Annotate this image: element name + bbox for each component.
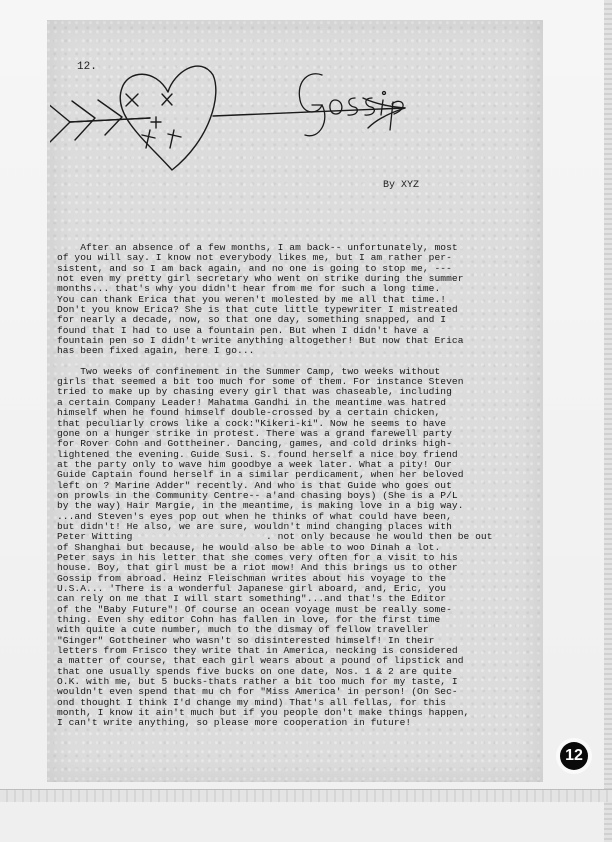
article-body: After an absence of a few months, I am b…	[57, 243, 541, 739]
paragraph-1: After an absence of a few months, I am b…	[57, 243, 541, 357]
paragraph-2: Two weeks of confinement in the Summer C…	[57, 367, 541, 729]
page-number-badge: 12	[560, 742, 588, 770]
text-line: for Rover Cohn and Gottheiner. Dancing, …	[57, 439, 541, 449]
page-bottom-edge	[0, 789, 612, 802]
text-line: I can't write anything, so please more c…	[57, 718, 541, 728]
binding-edge	[604, 0, 612, 842]
byline: By XYZ	[383, 180, 419, 191]
text-line: Guide Captain found herself in a similar…	[57, 470, 541, 480]
heart-arrow-illustration: Gossip	[50, 60, 450, 180]
text-line: himself when he found himself double-cro…	[57, 408, 541, 418]
text-line: has been fixed again, here I go...	[57, 346, 541, 356]
gossip-script-title	[299, 74, 403, 136]
title-text: Gossip	[50, 60, 108, 65]
